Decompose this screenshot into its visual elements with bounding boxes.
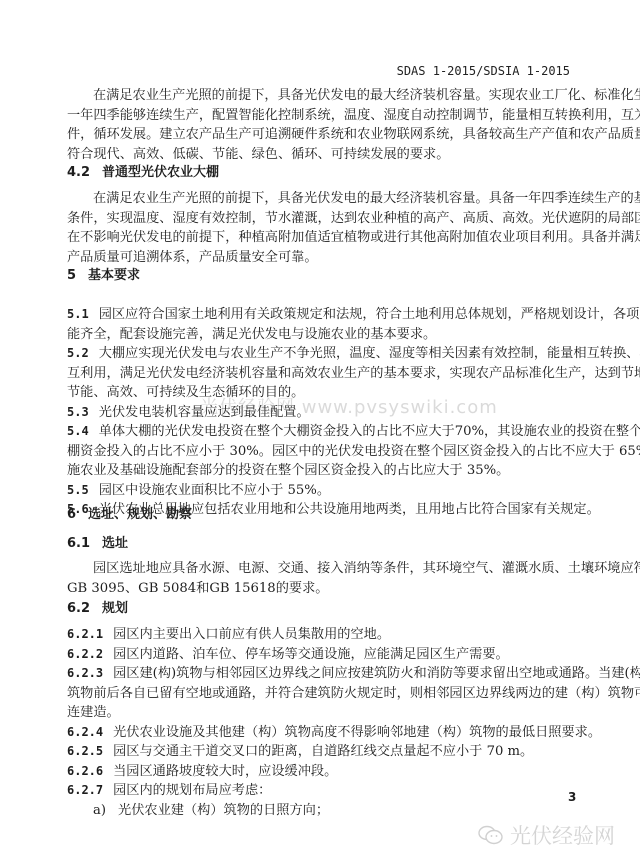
standard-code-header: SDAS 1-2015/SDSIA 1-2015 xyxy=(397,64,570,78)
paragraph-line: 园区选址地应具备水源、电源、交通、接入消纳等条件，其环境空气、灌溉水质、土壤环境… xyxy=(67,559,577,579)
section-number: 4.2 xyxy=(67,165,90,180)
section-6-1-paragraph: 园区选址地应具备水源、电源、交通、接入消纳等条件，其环境空气、灌溉水质、土壤环境… xyxy=(67,559,577,598)
intro-paragraph: 在满足农业生产光照的前提下，具备光伏发电的最大经济装机容量。实现农业工厂化、标准… xyxy=(67,86,577,164)
watermark-text: 光伏经验网 www.pvsyswiki.com xyxy=(200,393,498,419)
section-6-heading: 6选址、规划、勘察 xyxy=(67,505,577,525)
paragraph-line: 在不影响光伏发电的前提下，种植高附加值适宜植物或进行其他高附加值农业项目利用。具… xyxy=(67,228,577,248)
section-6-1-heading: 6.1选址 xyxy=(67,534,577,554)
paragraph-line: 符合现代、高效、低碳、节能、绿色、循环、可持续发展的要求。 xyxy=(67,145,577,165)
section-number: 6.2 xyxy=(67,601,90,616)
clause-line: 棚资金投入的占比不应小于 30%。园区中的光伏发电投资在整个园区资金投入的占比不… xyxy=(67,442,577,462)
section-4-2-heading: 4.2普通型光伏农业大棚 xyxy=(67,163,577,183)
section-5-heading: 5基本要求 xyxy=(67,266,577,286)
clause-line: 互利用，满足光伏发电经济装机容量和高效农业生产的基本要求，实现农产品标准化生产，… xyxy=(67,364,577,384)
clause-6-2-2: 6.2.2园区内道路、泊车位、停车场等交通设施，应能满足园区生产需要。 xyxy=(67,645,577,665)
section-6-2-clauses: 6.2.1园区内主要出入口前应有供人员集散用的空地。 6.2.2园区内道路、泊车… xyxy=(67,625,577,820)
document-page: SDAS 1-2015/SDSIA 1-2015 在满足农业生产光照的前提下，具… xyxy=(0,0,640,867)
section-number: 6.1 xyxy=(67,536,90,551)
page-number: 3 xyxy=(568,790,576,804)
section-title: 选址、规划、勘察 xyxy=(88,507,192,522)
section-title: 普通型光伏农业大棚 xyxy=(102,165,219,180)
paragraph-line: 件，循环发展。建立农产品生产可追溯硬件系统和农业物联网系统，具备较高生产产值和农… xyxy=(67,125,577,145)
clause-5-5: 5.5园区中设施农业面积比不应小于 55%。 xyxy=(67,481,577,501)
paragraph-line: 在满足农业生产光照的前提下，具备光伏发电的最大经济装机容量。实现农业工厂化、标准… xyxy=(67,86,577,106)
paragraph-line: 产品质量可追溯体系，产品质量安全可靠。 xyxy=(67,248,577,268)
section-number: 5 xyxy=(67,268,76,283)
section-title: 基本要求 xyxy=(88,268,140,283)
section-title: 规划 xyxy=(102,601,128,616)
paragraph-line: 在满足农业生产光照的前提下，具备光伏发电的最大经济装机容量。具备一年四季连续生产… xyxy=(67,189,577,209)
clause-line: 能齐全，配套设施完善，满足光伏发电与设施农业的基本要求。 xyxy=(67,325,577,345)
list-item-a: a)光伏农业建（构）筑物的日照方向； xyxy=(67,801,577,821)
watermark-corner-text: 光伏经验网 xyxy=(510,820,615,850)
paragraph-line: 一年四季能够连续生产，配置智能化控制系统，温度、湿度自动控制调节，能量相互转换利… xyxy=(67,106,577,126)
clause-line: 施农业及基础设施配套部分的投资在整个园区资金投入的占比应大于 35%。 xyxy=(67,461,577,481)
clause-5-4: 5.4单体大棚的光伏发电投资在整个大棚资金投入的占比不应大于70%，其设施农业的… xyxy=(67,422,577,442)
clause-6-2-3: 6.2.3园区建(构)筑物与相邻园区边界线之间应按建筑防火和消防等要求留出空地或… xyxy=(67,664,577,684)
paragraph-line: 条件，实现温度、湿度有效控制，节水灌溉，达到农业种植的高产、高质、高效。光伏遮阴… xyxy=(67,209,577,229)
clause-5-2: 5.2大棚应实现光伏发电与农业生产不争光照，温度、湿度等相关因素有效控制，能量相… xyxy=(67,344,577,364)
section-title: 选址 xyxy=(102,536,128,551)
clause-6-2-6: 6.2.6当园区通路坡度较大时，应设缓冲段。 xyxy=(67,762,577,782)
clause-5-1: 5.1园区应符合国家土地利用有关政策规定和法规，符合土地利用总体规划，严格规划设… xyxy=(67,305,577,325)
clause-6-2-1: 6.2.1园区内主要出入口前应有供人员集散用的空地。 xyxy=(67,625,577,645)
paragraph-line: GB 3095、GB 5084和GB 15618的要求。 xyxy=(67,579,577,599)
clause-6-2-4: 6.2.4光伏农业设施及其他建（构）筑物高度不得影响邻地建（构）筑物的最低日照要… xyxy=(67,723,577,743)
watermark-corner: 光伏经验网 xyxy=(478,820,615,850)
section-6-2-heading: 6.2规划 xyxy=(67,599,577,619)
clause-line: 连建造。 xyxy=(67,703,577,723)
section-4-2-paragraph: 在满足农业生产光照的前提下，具备光伏发电的最大经济装机容量。具备一年四季连续生产… xyxy=(67,189,577,267)
clause-6-2-7: 6.2.7园区内的规划布局应考虑： xyxy=(67,781,577,801)
clause-line: 筑物前后各自已留有空地或通路，并符合建筑防火规定时，则相邻园区边界线两边的建（构… xyxy=(67,684,577,704)
section-number: 6 xyxy=(67,507,76,522)
wechat-icon xyxy=(478,824,504,846)
clause-6-2-5: 6.2.5园区与交通主干道交叉口的距离，自道路红线交点量起不应小于 70 m。 xyxy=(67,742,577,762)
